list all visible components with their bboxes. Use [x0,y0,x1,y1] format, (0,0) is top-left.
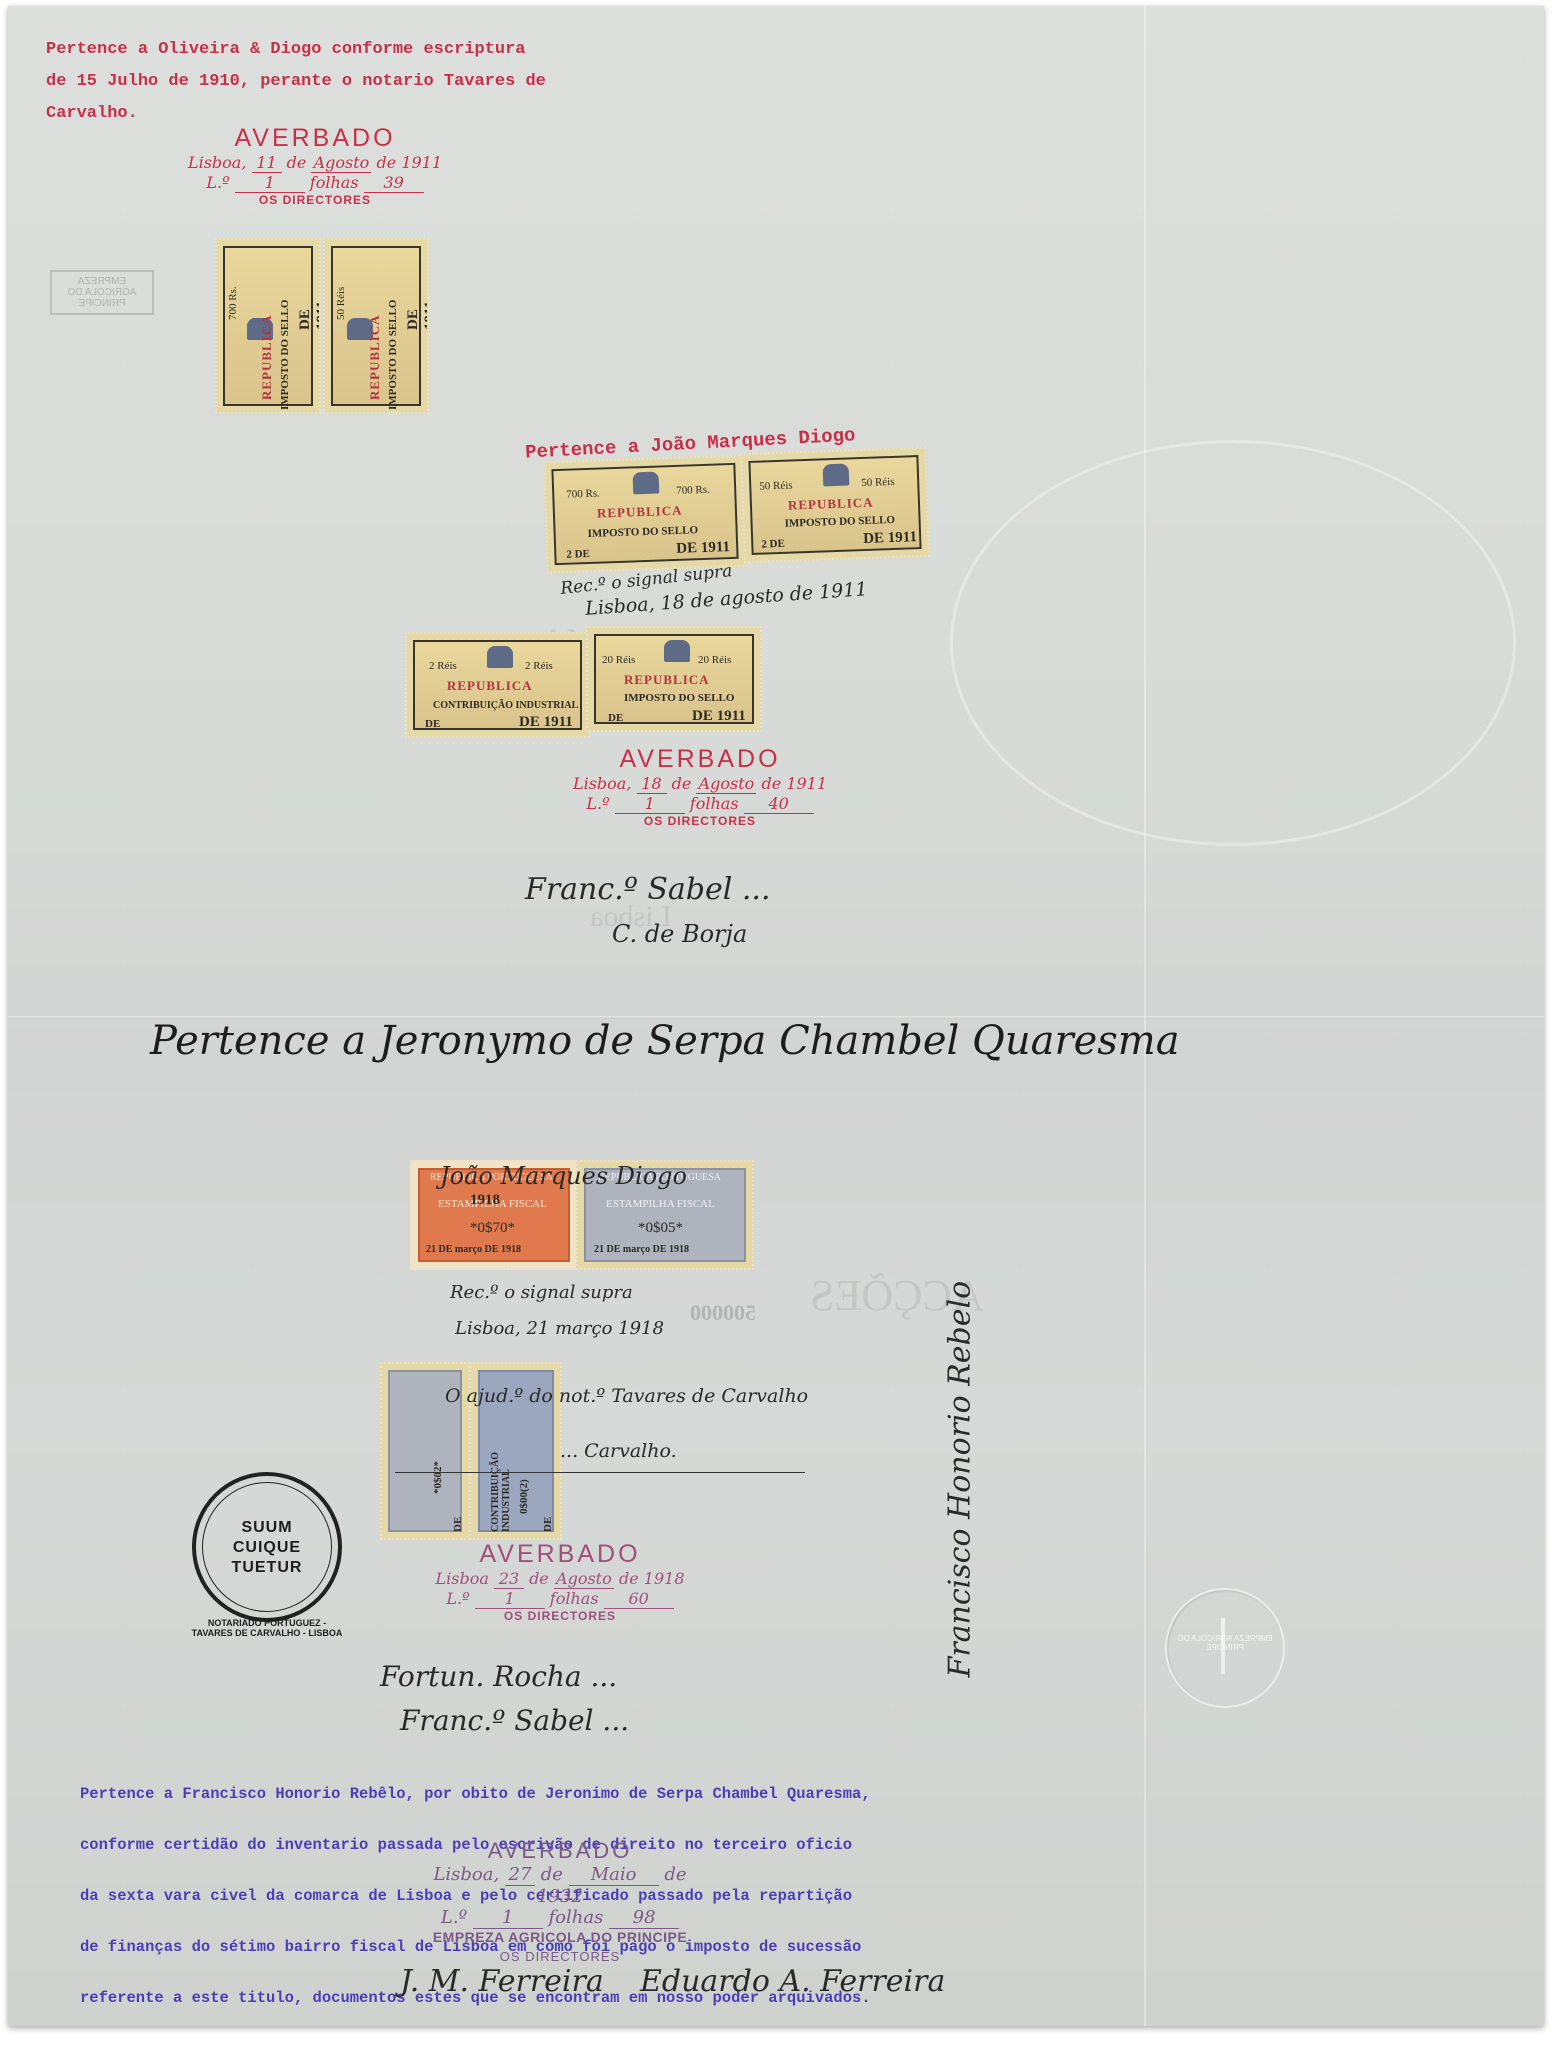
averbado-stamp-3: AVERBADO Lisboa 23 de Agosto de 1918 L.º… [400,1540,720,1623]
averbado-signatories: OS DIRECTORES [540,814,860,828]
averbado-title: AVERBADO [180,124,450,153]
handwritten-receipt-2: Rec.º o signal supra [450,1282,633,1303]
averbado-livro: L.º 1 folhas 60 [400,1589,720,1609]
averbado-date: Lisboa 23 de Agosto de 1918 [400,1569,720,1589]
director-signature-6: Eduardo A. Ferreira [640,1964,945,1999]
watermark-oval [950,440,1516,846]
paper-vertical-fold [1144,6,1146,2026]
averbado-date: Lisboa, 11 de Agosto de 1911 [180,153,450,173]
averbado-livro: L.º 1 folhas 39 [180,173,450,193]
typed-line: de 15 Julho de 1910, perante o notario T… [46,66,546,98]
averbado-stamp-2: AVERBADO Lisboa, 18 de Agosto de 1911 L.… [540,745,860,828]
averbado-date: Lisboa, 27 de Maio de 1932 [410,1864,710,1907]
averbado-title: AVERBADO [410,1838,710,1864]
averbado-livro: L.º 1 folhas 98 [410,1907,710,1929]
director-signature-3: Fortun. Rocha ... [380,1660,617,1693]
crown-icon [664,640,690,662]
averbado-signatories: OS DIRECTORES [180,193,450,207]
tax-stamp-700rs-vertical: 700 Rs. IMPOSTO DO SELLO REPUBLICA DE 19… [215,238,321,414]
crown-icon [823,464,850,487]
averbado-stamp-1: AVERBADO Lisboa, 11 de Agosto de 1911 L.… [180,124,450,207]
embossed-company-seal: EMPREZA AGRICOLA DO PRINCIPE [1165,1588,1285,1708]
averbado-stamp-4: AVERBADO Lisboa, 27 de Maio de 1932 L.º … [410,1838,710,1964]
averbado-livro: L.º 1 folhas 40 [540,794,860,814]
endorsement-1-typed: Pertence a Oliveira & Diogo conforme esc… [46,34,546,130]
tax-stamp-20reis: 20 Réis 20 Réis REPUBLICA IMPOSTO DO SEL… [586,626,762,732]
notary-underline [395,1472,805,1473]
notary-note-1: O ajud.º do not.º Tavares de Carvalho [445,1385,808,1407]
typed-line: Pertence a Francisco Honorio Rebêlo, por… [80,1786,871,1803]
embossed-seal-text: EMPREZA AGRICOLA DO PRINCIPE [1167,1634,1283,1652]
vertical-signature: Francisco Honorio Rebelo [943,1278,978,1678]
tax-stamp-700rs: 700 Rs. 700 Rs. REPUBLICA IMPOSTO DO SEL… [543,455,747,574]
averbado-signatories: OS DIRECTORES [410,1949,710,1964]
notary-note-2: ... Carvalho. [560,1440,677,1462]
palm-tree-icon [1221,1618,1225,1674]
handwritten-ownership-line: Pertence a Jeronymo de Serpa Chambel Qua… [150,1018,1180,1064]
averbado-title: AVERBADO [400,1540,720,1569]
tax-stamp-2reis: 2 Réis 2 Réis REPUBLICA CONTRIBUIÇÃO IND… [405,632,590,738]
director-signature-1: Franc.º Sabel ... [525,872,770,907]
company-name: EMPREZA AGRICOLA DO PRINCIPE [410,1929,710,1945]
signature-joao-marques-diogo: João Marques Diogo [440,1162,687,1190]
tax-stamp-50reis: 50 Réis 50 Réis REPUBLICA IMPOSTO DO SEL… [740,447,930,563]
seal-outer-text: NOTARIADO PORTUGUEZ - TAVARES DE CARVALH… [190,1618,344,1638]
averbado-title: AVERBADO [540,745,860,774]
ghost-number: 500000 [690,1300,756,1326]
faded-stamp-box: EMPREZA AGRICOLA DO PRINCIPE [50,270,154,315]
tax-stamp-50reis-vertical: 50 Réis IMPOSTO DO SELLO REPUBLICA DE 19… [323,238,429,414]
seal-motto: SUUM CUIQUE TUETUR [196,1518,338,1578]
averbado-date: Lisboa, 18 de Agosto de 1911 [540,774,860,794]
typed-line: Pertence a Oliveira & Diogo conforme esc… [46,34,546,66]
director-signature-5: J. M. Ferreira [400,1964,604,1999]
director-signature-2: C. de Borja [612,920,747,948]
averbado-signatories: OS DIRECTORES [400,1609,720,1623]
notary-seal: SUUM CUIQUE TUETUR NOTARIADO PORTUGUEZ -… [192,1472,342,1622]
crown-icon [633,472,660,495]
director-signature-4: Franc.º Sabel ... [400,1704,629,1737]
crown-icon [487,646,513,668]
handwritten-date-2: Lisboa, 21 março 1918 [455,1318,664,1339]
